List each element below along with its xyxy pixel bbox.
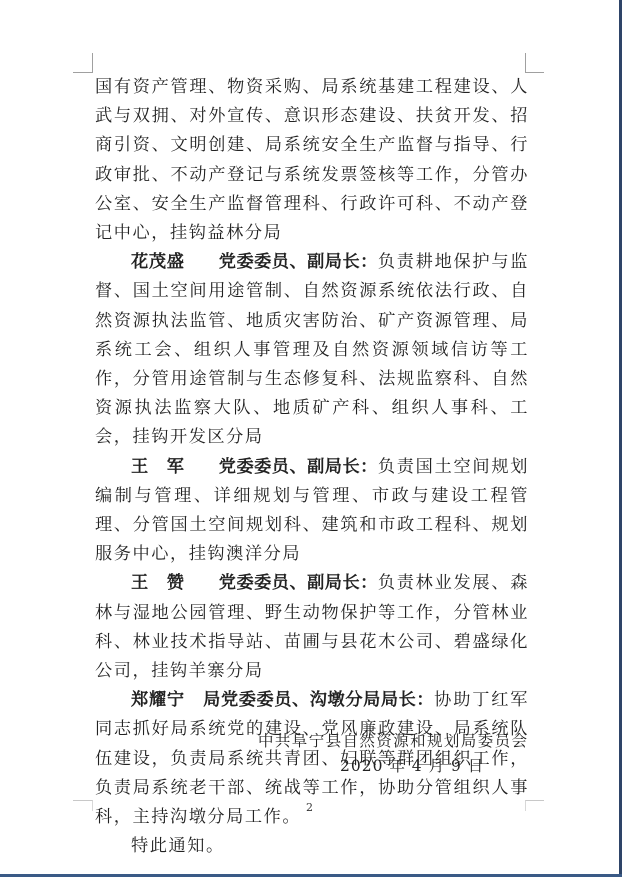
paragraph-assignment-wangzan: 王 赞党委委员、副局长：负责林业发展、森林与湿地公园管理、野生动物保护等工作，分… — [95, 569, 529, 686]
signature-date: 2020 年 4 月 9 日 — [340, 752, 484, 780]
official-role: 局党委委员、沟墩分局局长： — [203, 690, 434, 710]
official-name: 王 赞 — [131, 573, 185, 593]
paragraph-assignment-hua: 花茂盛党委委员、副局长：负责耕地保护与监督、国土空间用途管制、自然资源系统依法行… — [95, 248, 529, 452]
official-name: 郑耀宁 — [131, 690, 185, 710]
official-role: 党委委员、副局长： — [219, 573, 378, 593]
paragraph-closing: 特此通知。 — [95, 832, 529, 861]
official-name: 花茂盛 — [131, 252, 185, 272]
crop-mark-top-left — [73, 53, 93, 73]
official-role: 党委委员、副局长： — [219, 457, 378, 477]
official-role: 党委委员、副局长： — [219, 252, 378, 272]
paragraph-continuation: 国有资产管理、物资采购、局系统基建工程建设、人武与双拥、对外宣传、意识形态建设、… — [95, 73, 529, 248]
signature-organization: 中共阜宁县自然资源和规划局委员会 — [258, 727, 528, 755]
crop-mark-top-right — [525, 53, 544, 73]
crop-mark-bottom-left — [73, 800, 93, 811]
closing-text: 特此通知。 — [131, 836, 225, 856]
duties-text: 负责耕地保护与监督、国土空间用途管制、自然资源系统依法行政、自然资源执法监管、地… — [95, 252, 529, 447]
paragraph-text: 国有资产管理、物资采购、局系统基建工程建设、人武与双拥、对外宣传、意识形态建设、… — [95, 77, 529, 243]
official-name: 王 军 — [131, 457, 185, 477]
page-number: 2 — [306, 801, 313, 814]
paragraph-assignment-wangjun: 王 军党委委员、副局长：负责国土空间规划编制与管理、详细规划与管理、市政与建设工… — [95, 453, 529, 570]
